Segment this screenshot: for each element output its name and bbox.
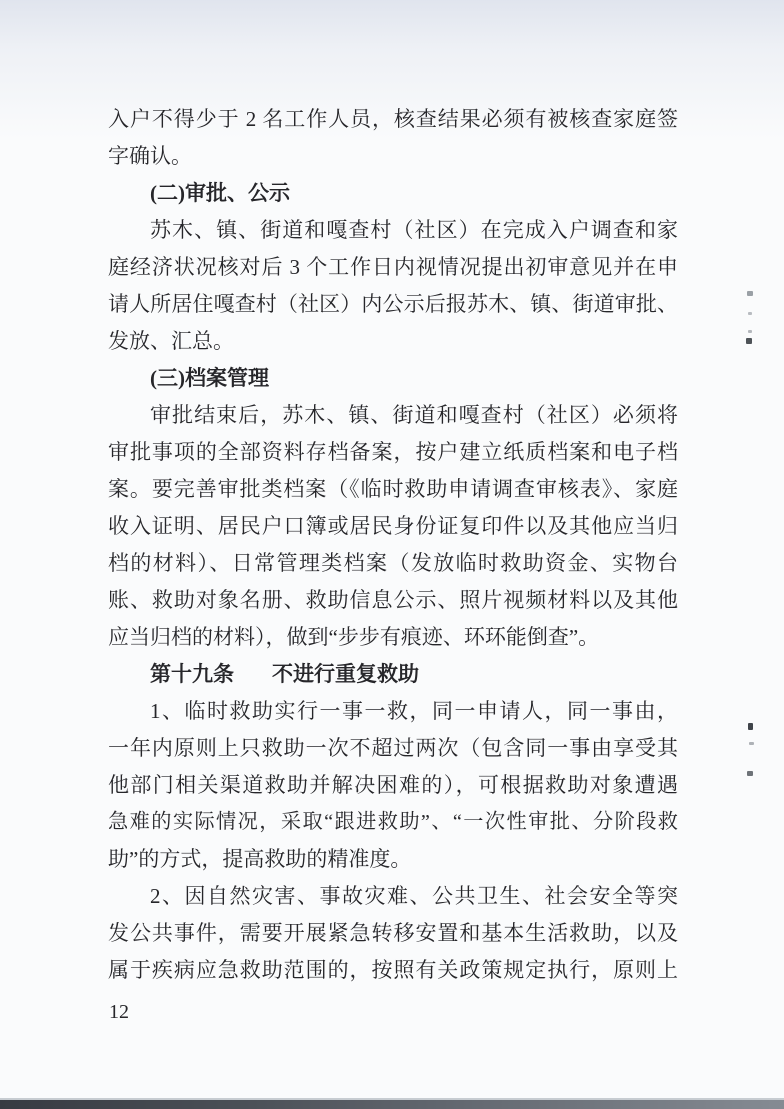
article-number: 第十九条 [150,662,234,686]
scan-speck [746,338,752,344]
body-line: 急难的实际情况，采取“跟进救助”、“一次性审批、分阶段救 [108,804,678,841]
body-line: 助”的方式，提高救助的精准度。 [108,841,678,878]
body-line: 收入证明、居民户口簿或居民身份证复印件以及其他应当归 [108,508,678,545]
document-body: 入户不得少于 2 名工作人员，核查结果必须有被核查家庭签 字确认。 (二)审批、… [108,101,678,989]
body-line: 他部门相关渠道救助并解决困难的），可根据救助对象遭遇 [108,767,678,804]
article-title: 不进行重复救助 [272,662,419,686]
body-line: 审批结束后，苏木、镇、街道和嘎查村（社区）必须将 [108,397,678,434]
body-line: 发放、汇总。 [108,323,678,360]
scan-speck [748,330,752,333]
body-line: 案。要完善审批类档案（《临时救助申请调查审核表》、家庭 [108,471,678,508]
scan-speck [749,742,754,745]
body-line: 应当归档的材料），做到“步步有痕迹、环环能倒查”。 [108,619,678,656]
body-line: 档的材料）、日常管理类档案（发放临时救助资金、实物台 [108,545,678,582]
article-heading: 第十九条不进行重复救助 [108,656,678,693]
body-line: 1、临时救助实行一事一救，同一申请人，同一事由， [108,693,678,730]
body-line: 庭经济状况核对后 3 个工作日内视情况提出初审意见并在申 [108,249,678,286]
scan-speck [748,723,753,730]
body-line: 请人所居住嘎查村（社区）内公示后报苏木、镇、街道审批、 [108,286,678,323]
document-page: 入户不得少于 2 名工作人员，核查结果必须有被核查家庭签 字确认。 (二)审批、… [0,0,784,1109]
body-line: 字确认。 [108,138,678,175]
page-number: 12 [109,1000,129,1024]
body-line: 发公共事件，需要开展紧急转移安置和基本生活救助，以及 [108,915,678,952]
body-line: 2、因自然灾害、事故灾难、公共卫生、社会安全等突 [108,878,678,915]
body-line: 一年内原则上只救助一次不超过两次（包含同一事由享受其 [108,730,678,767]
scan-speck [748,312,752,315]
body-line: 属于疾病应急救助范围的，按照有关政策规定执行，原则上 [108,952,678,989]
body-line: 苏木、镇、街道和嘎查村（社区）在完成入户调查和家 [108,212,678,249]
scan-speck [747,771,753,776]
section-heading: (三)档案管理 [108,360,678,397]
scan-speck [747,291,753,296]
section-heading: (二)审批、公示 [108,175,678,212]
body-line: 审批事项的全部资料存档备案，按户建立纸质档案和电子档 [108,434,678,471]
body-line: 账、救助对象名册、救助信息公示、照片视频材料以及其他 [108,582,678,619]
scan-edge-bottom [0,1100,784,1109]
body-line: 入户不得少于 2 名工作人员，核查结果必须有被核查家庭签 [108,101,678,138]
